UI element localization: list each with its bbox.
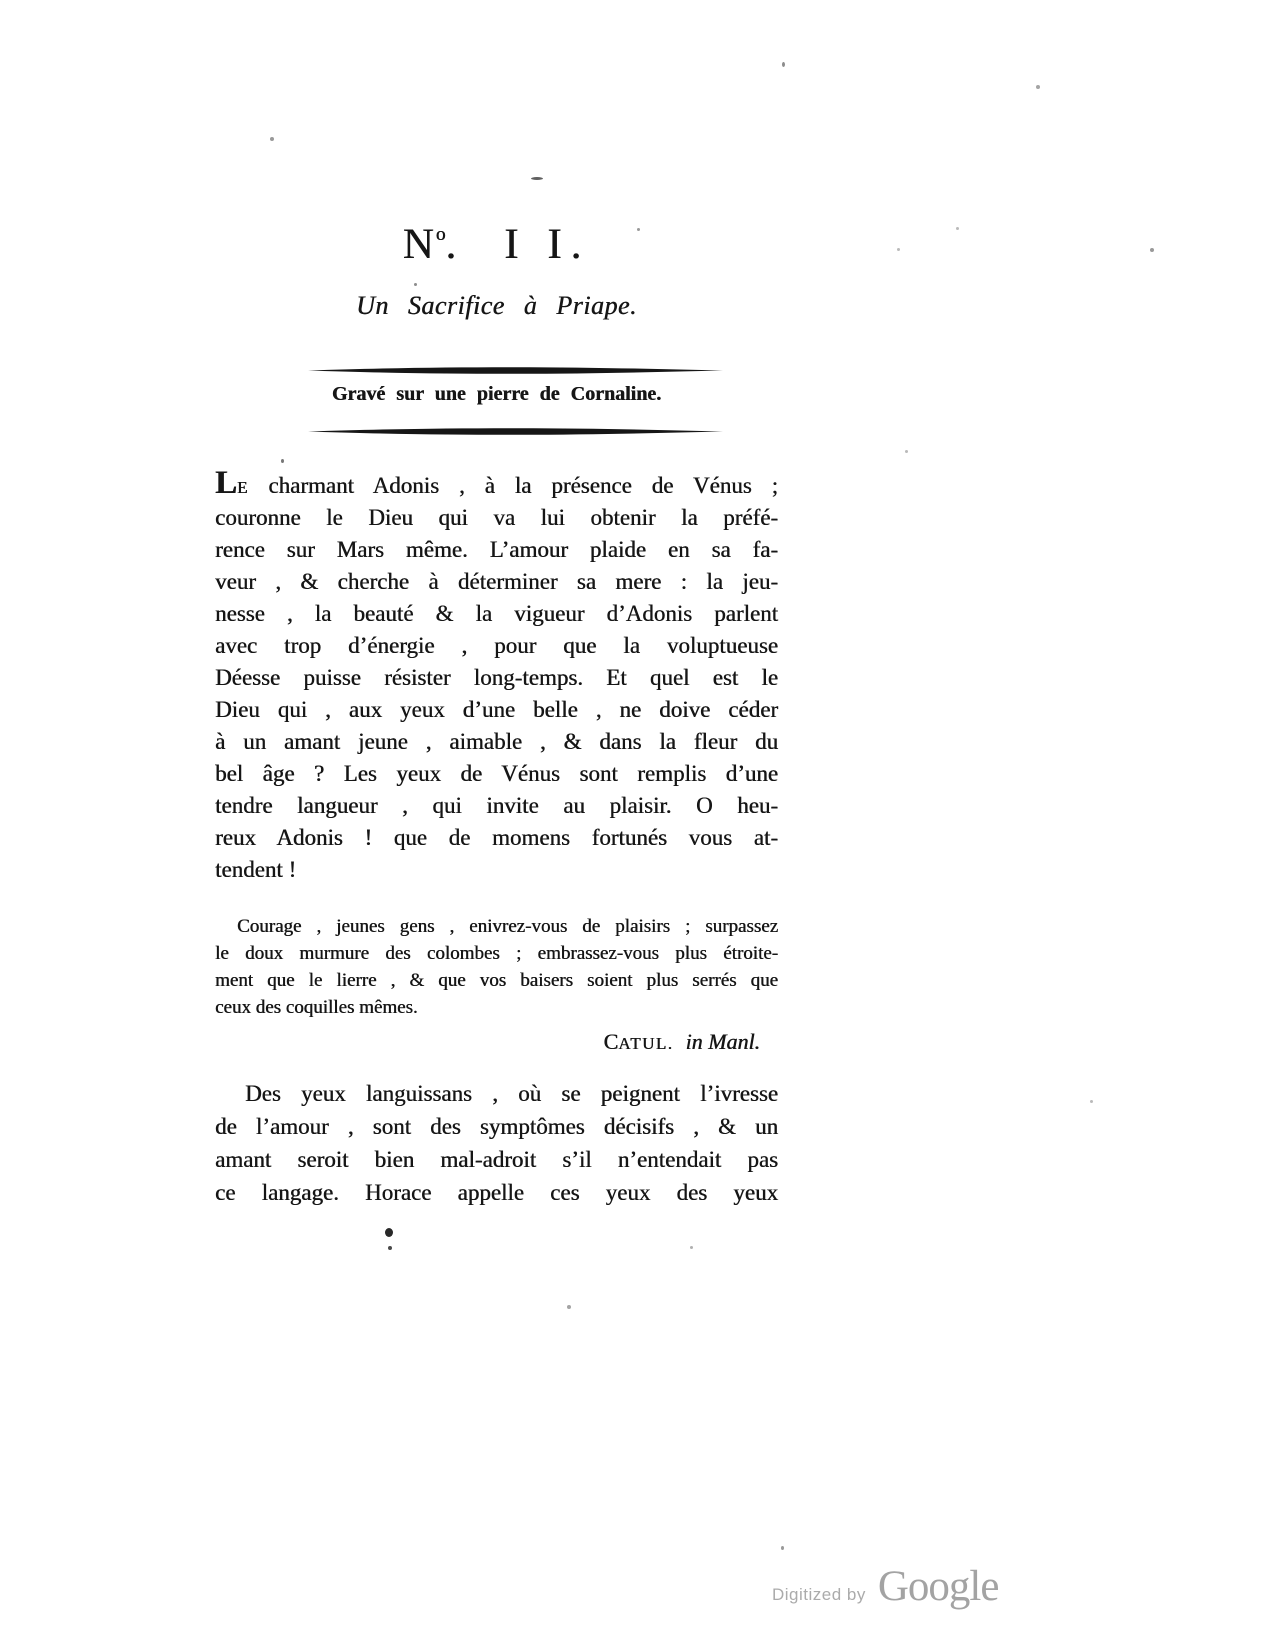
body-paragraph: Des yeux languissans , où se peignent l’… xyxy=(215,1077,778,1209)
attribution-work-title: in Manl. xyxy=(685,1029,760,1054)
text-line: rence sur Mars même. L’amour plaide en s… xyxy=(215,534,778,566)
text-line: le doux murmure des colombes ; embrassez… xyxy=(215,940,778,967)
text-line: ce langage. Horace appelle ces yeux des … xyxy=(215,1176,778,1209)
engraving-caption: Gravé sur une pierre de Cornaline. xyxy=(215,383,778,406)
quote-paragraph: Courage , jeunes gens , enivrez-vous de … xyxy=(215,913,778,1021)
text-line: ceux des coquilles mêmes. xyxy=(215,994,778,1021)
title-letter: N xyxy=(403,221,436,268)
page-number-heading: No.I I. xyxy=(215,220,778,269)
drop-cap-small: E xyxy=(237,478,248,497)
swelled-rule-top xyxy=(308,366,723,375)
text-line: Des yeux languissans , où se peignent l’… xyxy=(215,1077,778,1110)
scan-speck xyxy=(270,137,274,141)
scan-speck xyxy=(414,283,417,286)
text-line: avec trop d’énergie , pour que la volupt… xyxy=(215,630,778,662)
scan-speck xyxy=(781,1546,784,1550)
text-line: reux Adonis ! que de momens fortunés vou… xyxy=(215,822,778,854)
text-line: à un amant jeune , aimable , & dans la f… xyxy=(215,726,778,758)
title-dot: . xyxy=(445,221,458,268)
scan-speck xyxy=(567,1305,571,1309)
attribution-author-smallcaps: ATUL. xyxy=(618,1034,673,1053)
scan-speck xyxy=(897,248,900,251)
title-numeral: I I. xyxy=(504,221,590,268)
scan-speck xyxy=(388,1246,392,1250)
text-line: couronne le Dieu qui va lui obtenir la p… xyxy=(215,502,778,534)
scan-speck xyxy=(1090,1100,1093,1103)
scan-speck xyxy=(956,227,959,230)
text-line: ment que le lierre , & que vos baisers s… xyxy=(215,967,778,994)
chapter-subtitle: Un Sacrifice à Priape. xyxy=(215,291,778,321)
swelled-rule-bottom xyxy=(308,427,723,436)
text-line: Courage , jeunes gens , enivrez-vous de … xyxy=(215,913,778,940)
google-logo: Google xyxy=(878,1562,999,1611)
text-line: LE charmant Adonis , à la présence de Vé… xyxy=(215,470,778,502)
text-line: tendre langueur , qui invite au plaisir.… xyxy=(215,790,778,822)
scan-speck xyxy=(385,1228,393,1237)
quote-attribution: CATUL.in Manl. xyxy=(215,1029,778,1055)
scan-speck xyxy=(281,459,284,463)
text-line: de l’amour , sont des symptômes décisifs… xyxy=(215,1110,778,1143)
text-line: Dieu qui , aux yeux d’une belle , ne doi… xyxy=(215,694,778,726)
scan-speck xyxy=(637,228,640,231)
scanned-book-page: No.I I. Un Sacrifice à Priape. Gravé sur… xyxy=(0,0,1280,1643)
watermark-prefix-text: Digitized by xyxy=(772,1585,866,1605)
text-line: bel âge ? Les yeux de Vénus sont remplis… xyxy=(215,758,778,790)
title-superscript: o xyxy=(436,224,446,245)
scan-speck xyxy=(690,1246,693,1249)
text-line: veur , & cherche à déterminer sa mere : … xyxy=(215,566,778,598)
scan-speck xyxy=(905,450,908,453)
lead-paragraph: LE charmant Adonis , à la présence de Vé… xyxy=(215,470,778,886)
text-line: tendent ! xyxy=(215,854,778,886)
google-watermark: Digitized by Google xyxy=(772,1562,998,1611)
scan-speck xyxy=(1036,85,1040,89)
text-line: nesse , la beauté & la vigueur d’Adonis … xyxy=(215,598,778,630)
drop-cap: L xyxy=(215,465,237,501)
attribution-author-initial: C xyxy=(604,1029,619,1054)
scan-speck xyxy=(782,62,785,67)
scan-speck xyxy=(1150,248,1154,252)
text-line: Déesse puisse résister long-temps. Et qu… xyxy=(215,662,778,694)
scan-speck xyxy=(531,177,543,180)
text-line: amant seroit bien mal-adroit s’il n’ente… xyxy=(215,1143,778,1176)
